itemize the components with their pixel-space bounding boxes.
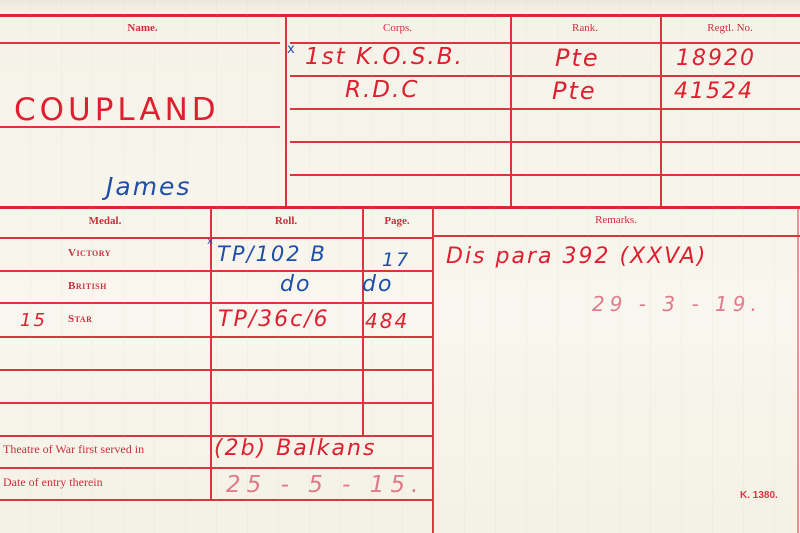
medal-label-star: Star	[68, 313, 92, 325]
header-medal: Medal.	[0, 215, 210, 227]
medal-header-rule	[0, 237, 432, 239]
medal-row-rule-5	[0, 402, 432, 404]
medal-label-british: British	[68, 280, 107, 292]
page-victory: 17	[382, 249, 410, 271]
check-mark-icon: x	[287, 42, 295, 57]
corps-2: R.D.C	[345, 77, 419, 103]
header-rank: Rank.	[510, 22, 660, 34]
theatre-value: (2b) Balkans	[214, 436, 376, 461]
medal-row-rule-4	[0, 369, 432, 371]
date-rule	[0, 499, 432, 501]
header-name: Name.	[0, 22, 285, 34]
header-remarks: Remarks.	[432, 214, 800, 226]
header-roll: Roll.	[210, 215, 362, 227]
remarks-line-2: 29 - 3 - 19.	[592, 292, 762, 316]
roll-british: do	[280, 272, 311, 297]
star-prefix: 15	[20, 310, 47, 331]
top-header-rule	[0, 42, 280, 44]
medal-label-victory: Victory	[68, 247, 111, 259]
remarks-line-1: Dis para 392 (XXVA)	[446, 244, 707, 269]
top-border	[0, 14, 800, 17]
header-regtl-no: Regtl. No.	[660, 22, 800, 34]
page-british: do	[362, 272, 393, 297]
roll-victory: TP/102 B	[217, 242, 327, 266]
corps-1: 1st K.O.S.B.	[305, 44, 464, 70]
divider-corps-rank	[510, 16, 512, 206]
roll-star: TP/36c/6	[218, 307, 330, 332]
service-row-rule-3	[290, 141, 800, 143]
medal-row-rule-2	[0, 302, 432, 304]
medal-index-card: Name. Corps. Rank. Regtl. No. COUPLAND J…	[0, 0, 800, 533]
header-page: Page.	[362, 215, 432, 227]
page-star: 484	[365, 309, 409, 333]
medal-row-rule-3	[0, 336, 432, 338]
right-edge-line	[797, 208, 799, 533]
regtl-no-2: 41524	[674, 79, 754, 104]
service-row-rule-4	[290, 174, 800, 176]
rank-2: Pte	[552, 77, 597, 105]
remarks-header-rule	[433, 235, 800, 237]
check-mark-icon: x	[207, 236, 213, 247]
date-value: 25 - 5 - 15.	[226, 472, 424, 498]
theatre-rule	[0, 467, 432, 469]
service-row-rule-2	[290, 108, 800, 110]
regtl-no-1: 18920	[676, 46, 756, 71]
date-label: Date of entry therein	[3, 475, 103, 490]
forename: James	[106, 172, 191, 201]
form-number: K. 1380.	[740, 490, 778, 501]
surname: COUPLAND	[14, 92, 220, 128]
divider-medal-roll	[210, 208, 212, 500]
theatre-label: Theatre of War first served in	[3, 442, 144, 457]
section-divider	[0, 206, 800, 209]
rank-1: Pte	[555, 44, 600, 72]
divider-page-remarks	[432, 208, 434, 533]
header-corps: Corps.	[285, 22, 510, 34]
divider-rank-regtl	[660, 16, 662, 206]
